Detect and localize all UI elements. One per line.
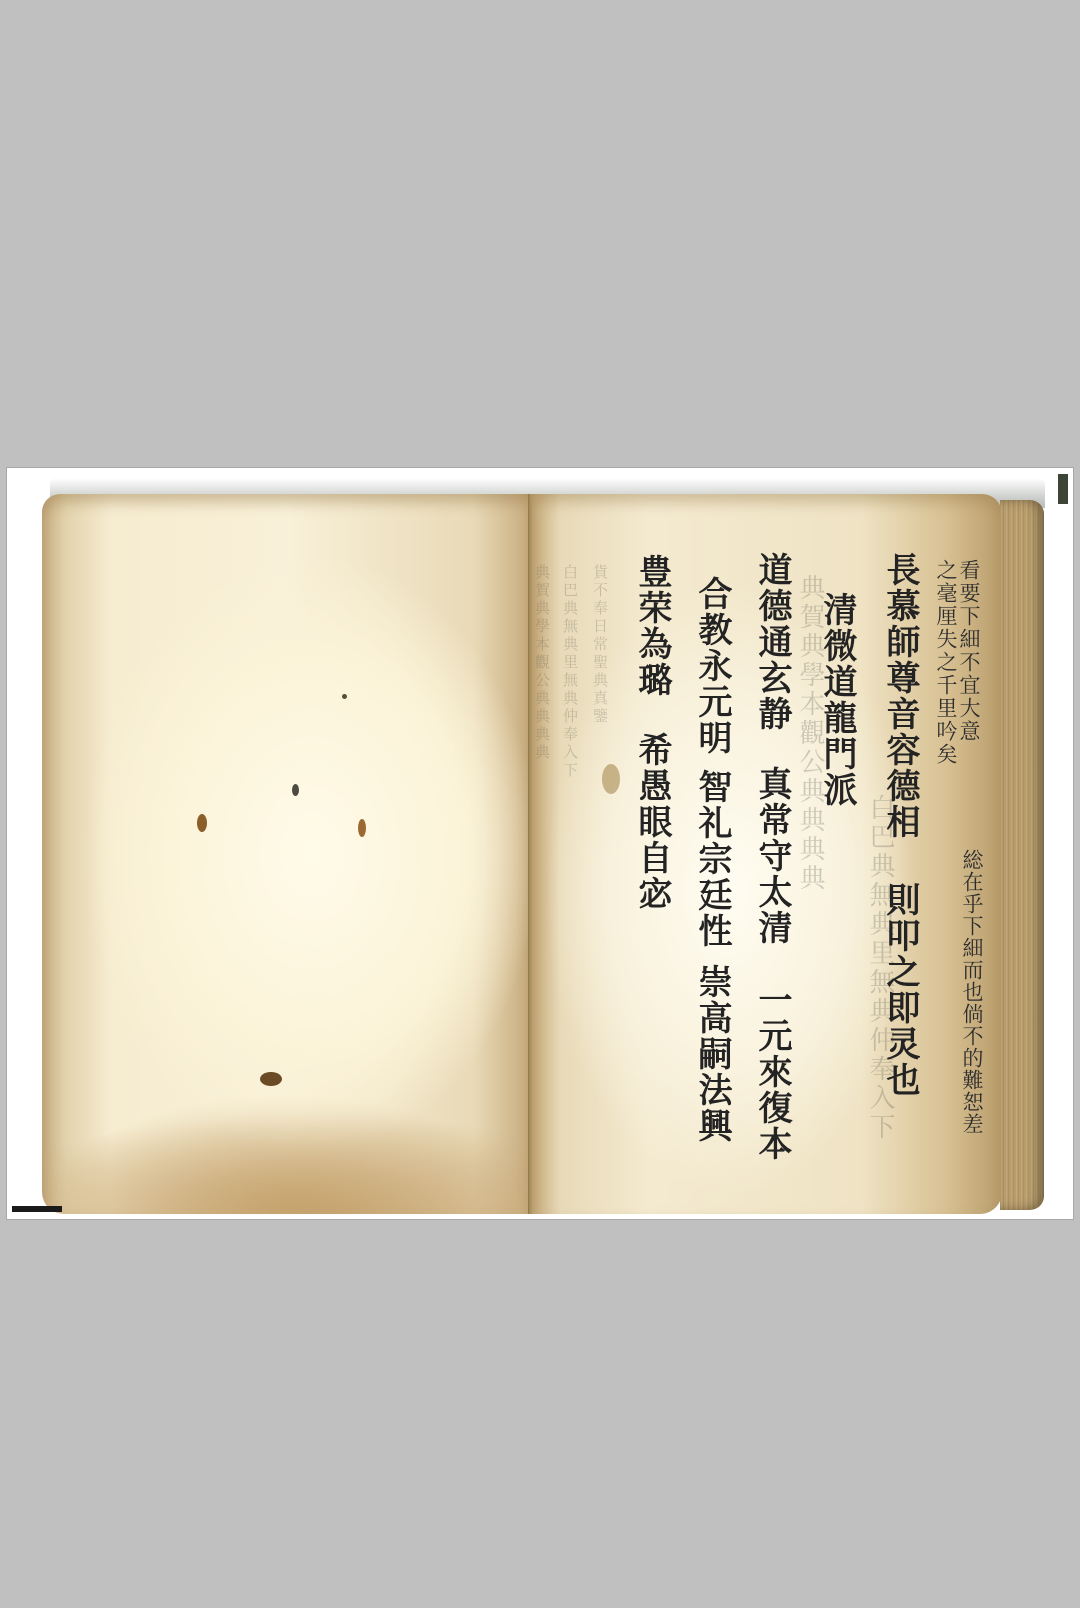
annotation-column: 看要下細不宜大意 <box>957 559 981 743</box>
main-column-4-top: 合教永元明 <box>692 576 732 756</box>
annotation-column: 之毫厘失之千里吟矣 <box>934 559 958 766</box>
main-column-5-top: 豊荣為璐 <box>632 554 672 698</box>
left-page <box>42 494 532 1214</box>
main-column-2: 清微道龍門派 <box>817 592 857 808</box>
main-column-1-bottom: 則叩之即灵也 <box>880 882 920 1098</box>
main-column-4-bottom: 崇高嗣法興 <box>692 964 732 1144</box>
page-edges <box>1000 500 1044 1210</box>
main-column-3-top: 道德通玄静 <box>752 552 792 732</box>
main-column-5-middle: 希愚眼自宓 <box>632 732 672 912</box>
water-stain <box>42 1094 532 1214</box>
stain <box>260 1072 282 1086</box>
bleed-through-text: 典賀典學本觀公典典典典 <box>532 564 553 762</box>
main-column-3-middle: 真常守太清 <box>752 766 792 946</box>
stain <box>342 694 347 699</box>
bleed-through-text: 白巴典無典里無典仲奉入下 <box>560 564 581 780</box>
annotation-column: 総在乎下細而也倘不的難恕差 <box>960 849 984 1135</box>
stain <box>602 764 620 794</box>
stain <box>197 814 207 832</box>
scan-bottom-mark <box>12 1206 62 1212</box>
stain <box>292 784 299 796</box>
stain <box>358 819 366 837</box>
right-page: 白巴典無典里無典仲奉入下 貨不奉日常聖典真鑒 典賀典學本觀公典典典典 典賀典學本… <box>532 494 1002 1214</box>
main-column-4-middle: 智礼宗廷性 <box>692 769 732 949</box>
scan-corner-mark <box>1058 474 1068 504</box>
main-column-1-top: 長慕師尊音容德相 <box>880 552 920 840</box>
main-column-3-bottom: 一元來復本 <box>752 982 792 1162</box>
bleed-through-text: 貨不奉日常聖典真鑒 <box>590 564 611 726</box>
